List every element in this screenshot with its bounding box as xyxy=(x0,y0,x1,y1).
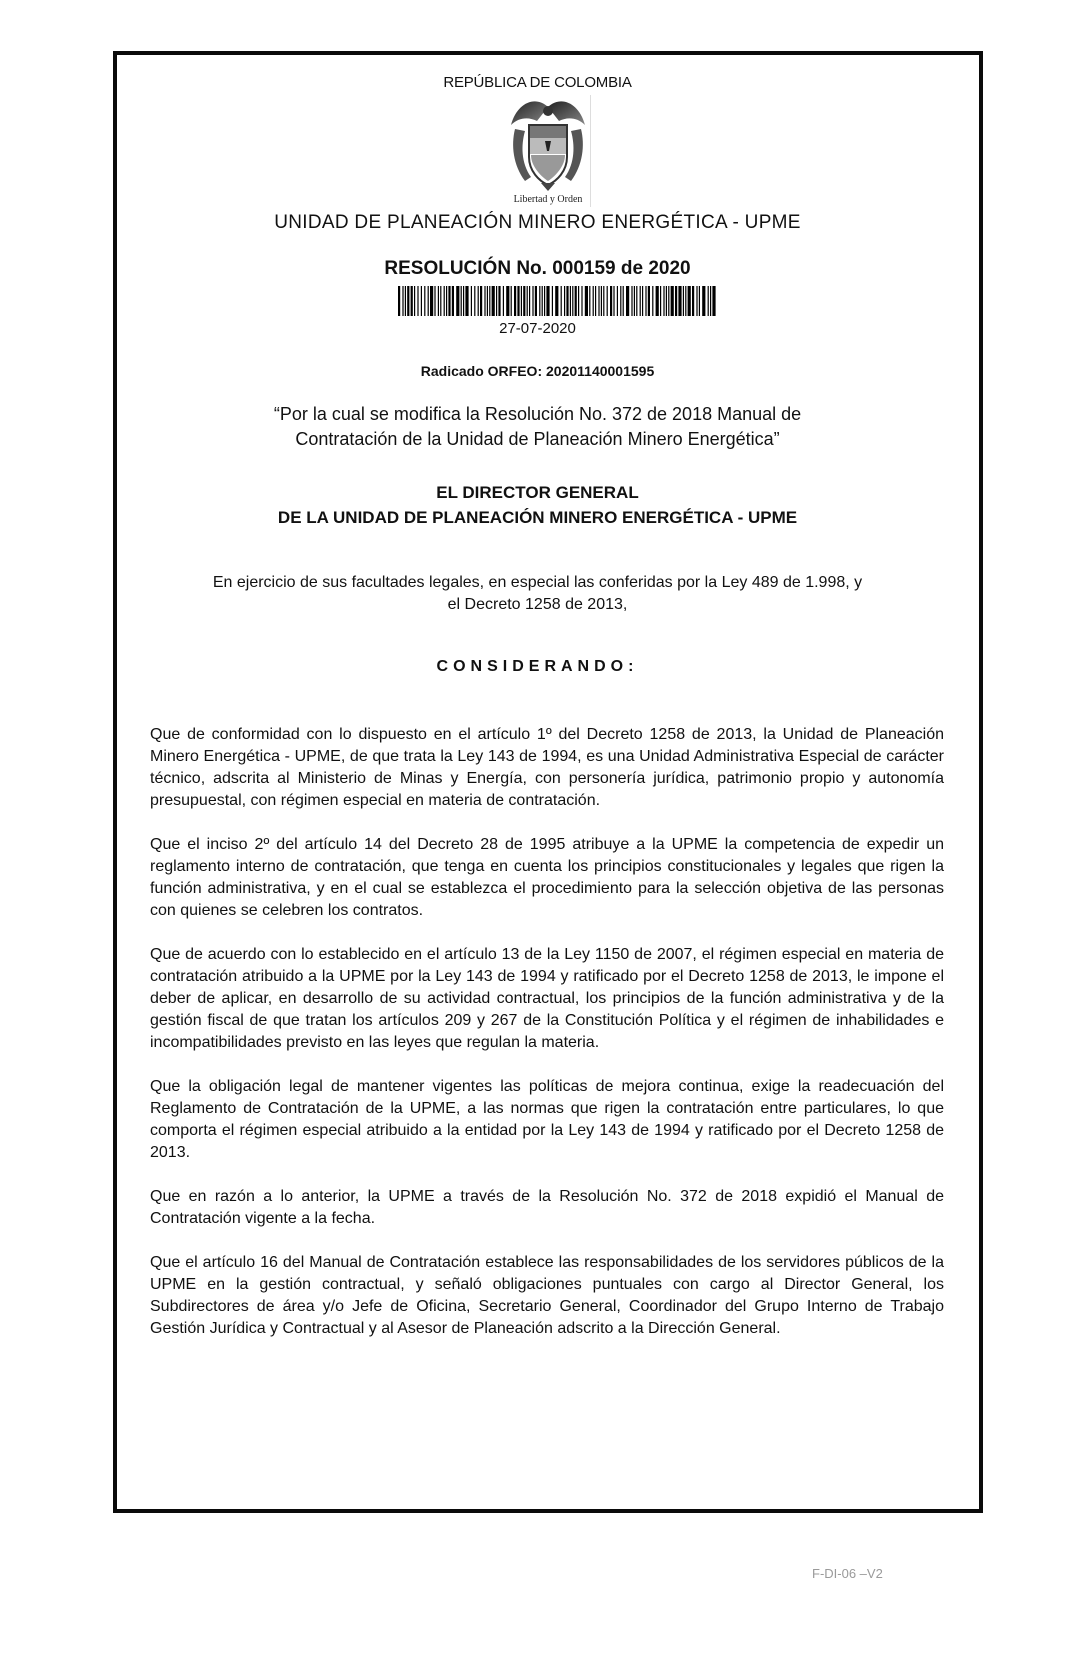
authority-line-2: el Decreto 1258 de 2013, xyxy=(0,594,1075,616)
coat-motto: Libertad y Orden xyxy=(505,194,591,205)
form-code: F-DI-06 –V2 xyxy=(812,1566,883,1581)
issuer-line-1: EL DIRECTOR GENERAL xyxy=(0,480,1075,505)
issuer-line-2: DE LA UNIDAD DE PLANEACIÓN MINERO ENERGÉ… xyxy=(0,505,1075,530)
consideration-paragraph: Que de acuerdo con lo establecido en el … xyxy=(150,944,944,1054)
colombia-coat-of-arms-icon: Libertad y Orden xyxy=(505,95,591,207)
resolution-title: RESOLUCIÓN No. 000159 de 2020 xyxy=(0,258,1075,280)
coat-edge-divider xyxy=(590,95,591,207)
country-heading: REPÚBLICA DE COLOMBIA xyxy=(0,74,1075,91)
consideration-paragraph: Que el artículo 16 del Manual de Contrat… xyxy=(150,1252,944,1340)
issuer-heading: EL DIRECTOR GENERAL DE LA UNIDAD DE PLAN… xyxy=(0,480,1075,530)
considerando-heading: CONSIDERANDO: xyxy=(0,658,1075,676)
authority-line-1: En ejercicio de sus facultades legales, … xyxy=(0,572,1075,594)
consideration-paragraph: Que de conformidad con lo dispuesto en e… xyxy=(150,724,944,812)
radicado-number: Radicado ORFEO: 20201140001595 xyxy=(0,363,1075,379)
subject-line-2: Contratación de la Unidad de Planeación … xyxy=(0,427,1075,452)
consideration-paragraph: Que en razón a lo anterior, la UPME a tr… xyxy=(150,1186,944,1230)
entity-title: UNIDAD DE PLANEACIÓN MINERO ENERGÉTICA -… xyxy=(0,212,1075,234)
consideration-paragraph: Que la obligación legal de mantener vige… xyxy=(150,1076,944,1164)
resolution-subject: “Por la cual se modifica la Resolución N… xyxy=(0,402,1075,452)
subject-line-1: “Por la cual se modifica la Resolución N… xyxy=(0,402,1075,427)
consideration-paragraph: Que el inciso 2º del artículo 14 del Dec… xyxy=(150,834,944,922)
barcode-icon xyxy=(398,286,718,316)
resolution-date: 27-07-2020 xyxy=(0,320,1075,337)
authority-statement: En ejercicio de sus facultades legales, … xyxy=(0,572,1075,616)
considerations-body: Que de conformidad con lo dispuesto en e… xyxy=(150,724,944,1362)
